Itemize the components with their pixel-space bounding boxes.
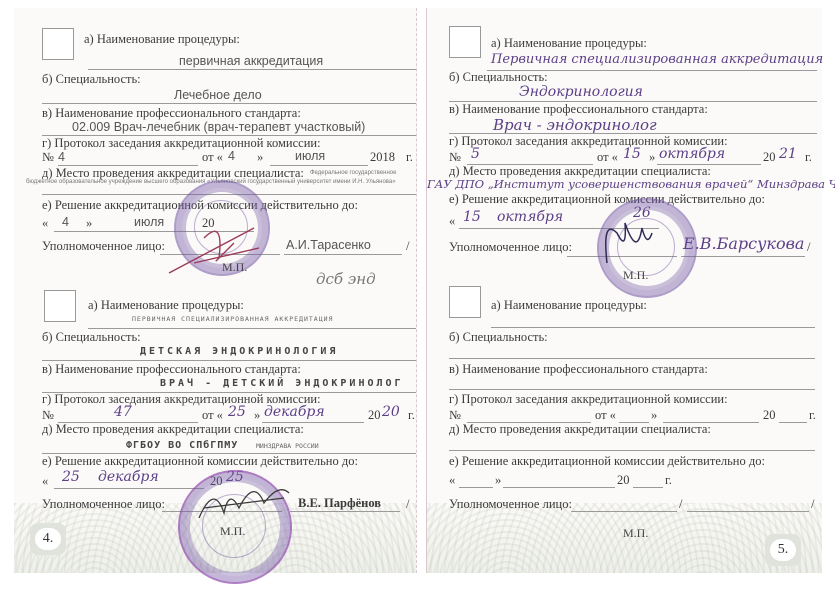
valid-year-line (633, 487, 663, 488)
page-5: а) Наименование процедуры: Первичная спе… (426, 8, 822, 573)
seal-label: М.П. (220, 524, 245, 539)
standard-value: Врач - эндокринолог (493, 116, 657, 134)
quote-open: « (449, 473, 455, 488)
procedure-line (88, 69, 416, 70)
valid-month-line (503, 487, 615, 488)
quote-close: » (86, 216, 92, 231)
page-number-badge: 5. (765, 534, 801, 566)
name-line (687, 511, 809, 512)
quote-open: « (42, 216, 48, 231)
protocol-month: октября (659, 146, 725, 162)
quote-close: » (649, 150, 655, 165)
standard-label: в) Наименование профессионального станда… (42, 362, 301, 377)
standard-value: ВРАЧ - ДЕТСКИЙ ЭНДОКРИНОЛОГ (160, 378, 404, 389)
specialty-value: Эндокринология (519, 84, 643, 100)
from-label: от « (202, 150, 223, 165)
authorized-label: Уполномоченное лицо: (449, 497, 572, 512)
protocol-no: 4 (58, 150, 65, 164)
entry-checkbox (44, 290, 76, 322)
protocol-year: 2018 (370, 150, 395, 165)
protocol-year-prefix: 20 (763, 408, 776, 423)
standard-label: в) Наименование профессионального станда… (42, 106, 301, 121)
specialty-line (42, 103, 416, 104)
protocol-label: г) Протокол заседания аккредитационной к… (42, 136, 321, 151)
year-suffix: г. (809, 408, 816, 423)
specialty-label: б) Специальность: (42, 72, 141, 87)
quote-open: « (449, 214, 455, 229)
entry-checkbox (449, 26, 481, 58)
page-number: 4. (35, 528, 61, 550)
seal-label: М.П. (623, 526, 648, 541)
valid-label: е) Решение аккредитационной комиссии дей… (42, 454, 358, 469)
protocol-year-suffix: 21 (779, 146, 797, 162)
authorized-label: Уполномоченное лицо: (42, 239, 165, 254)
quote-close: » (257, 150, 263, 165)
slash: / (406, 239, 409, 254)
page-number-badge: 4. (30, 523, 66, 555)
page-number: 5. (770, 539, 796, 561)
procedure-value: ПЕРВИЧНАЯ СПЕЦИАЛИЗИРОВАННАЯ АККРЕДИТАЦИ… (132, 315, 333, 323)
protocol-label: г) Протокол заседания аккредитационной к… (449, 392, 728, 407)
from-label: от « (597, 150, 618, 165)
entry-checkbox (42, 28, 74, 60)
signature-2 (194, 478, 294, 528)
year-suffix: г. (406, 150, 413, 165)
year-suffix: г. (805, 150, 812, 165)
name-line (681, 256, 805, 257)
authorized-name: А.И.Тарасенко (286, 238, 371, 252)
place-value-line1: Федеральное государственное (310, 170, 396, 176)
authorized-name: Е.В.Барсукова (683, 234, 804, 253)
valid-day: 25 (62, 469, 80, 485)
specialty-line (42, 360, 416, 361)
place-line (449, 450, 815, 451)
signature-1 (164, 208, 274, 278)
protocol-month: декабря (264, 404, 325, 420)
from-label: от « (595, 408, 616, 423)
place-label: д) Место проведения аккредитации специал… (449, 422, 711, 437)
procedure-label: а) Наименование процедуры: (84, 32, 240, 47)
place-value-small: МИНЗДРАВА РОССИИ (256, 442, 319, 450)
name-line (284, 254, 402, 255)
page-4: а) Наименование процедуры: первичная акк… (14, 8, 417, 573)
procedure-label: а) Наименование процедуры: (491, 36, 647, 51)
seal-label: М.П. (222, 260, 247, 275)
standard-label: в) Наименование профессионального станда… (449, 362, 708, 377)
year-suffix: г. (408, 408, 415, 423)
authorized-label: Уполномоченное лицо: (42, 497, 165, 512)
slash: / (811, 497, 814, 512)
margin-note: дсб энд (316, 270, 376, 288)
place-label: д) Место проведения аккредитации специал… (42, 422, 304, 437)
standard-value: 02.009 Врач-лечебник (врач-терапевт учас… (72, 120, 365, 134)
valid-line (54, 488, 204, 489)
protocol-year-prefix: 20 (368, 408, 381, 423)
protocol-no: 5 (471, 146, 480, 162)
procedure-line (88, 328, 416, 329)
protocol-day: 15 (623, 146, 641, 162)
protocol-no: 47 (114, 404, 132, 420)
place-value: ГАУ ДПО „Институт усовершенствования вра… (427, 177, 835, 191)
specialty-value: Лечебное дело (174, 88, 262, 102)
standard-label: в) Наименование профессионального станда… (449, 102, 708, 117)
seal-label: М.П. (623, 268, 648, 283)
valid-month: июля (134, 215, 164, 229)
signature-line (571, 511, 677, 512)
name-line (290, 511, 400, 512)
protocol-year-line (779, 422, 807, 423)
protocol-no-prefix: № (449, 150, 461, 165)
specialty-label: б) Специальность: (42, 330, 141, 345)
procedure-label: а) Наименование процедуры: (88, 298, 244, 313)
quote-open: « (42, 474, 48, 489)
specialty-label: б) Специальность: (449, 330, 548, 345)
place-value: ФГБОУ ВО СПбГПМУ (126, 440, 238, 451)
protocol-day: 4 (228, 149, 235, 163)
protocol-no-prefix: № (42, 408, 54, 423)
protocol-day: 25 (228, 404, 246, 420)
specialty-line (449, 358, 815, 359)
standard-line (449, 389, 815, 390)
valid-day: 4 (62, 215, 69, 229)
signature-3 (597, 213, 657, 268)
quote-close: » (254, 408, 260, 423)
protocol-year-prefix: 20 (763, 150, 776, 165)
slash: / (406, 497, 409, 512)
protocol-month: июля (295, 149, 325, 163)
protocol-no-prefix: № (449, 408, 461, 423)
specialty-label: б) Специальность: (449, 70, 548, 85)
quote-close: » (651, 408, 657, 423)
procedure-line (491, 327, 815, 328)
procedure-label: а) Наименование процедуры: (491, 298, 647, 313)
entry-checkbox (449, 286, 481, 318)
valid-month: октября (497, 209, 563, 225)
authorized-label: Уполномоченное лицо: (449, 240, 572, 255)
procedure-value: первичная аккредитация (179, 54, 323, 68)
year-suffix: г. (665, 473, 672, 488)
protocol-year-suffix: 20 (382, 404, 400, 420)
slash: / (807, 240, 810, 255)
valid-month: декабря (98, 469, 159, 485)
valid-label: е) Решение аккредитационной комиссии дей… (449, 192, 765, 207)
authorized-name: В.Е. Парфёнов (298, 496, 381, 511)
valid-label: е) Решение аккредитационной комиссии дей… (449, 454, 765, 469)
procedure-value: Первичная специализированная аккредитаци… (491, 52, 823, 67)
from-label: от « (202, 408, 223, 423)
protocol-no-prefix: № (42, 150, 54, 165)
specialty-value: ДЕТСКАЯ ЭНДОКРИНОЛОГИЯ (140, 346, 338, 357)
valid-day: 15 (463, 209, 481, 225)
quote-close: » (495, 473, 501, 488)
valid-day-line (459, 487, 493, 488)
slash: / (679, 497, 682, 512)
valid-year-prefix: 20 (617, 473, 630, 488)
